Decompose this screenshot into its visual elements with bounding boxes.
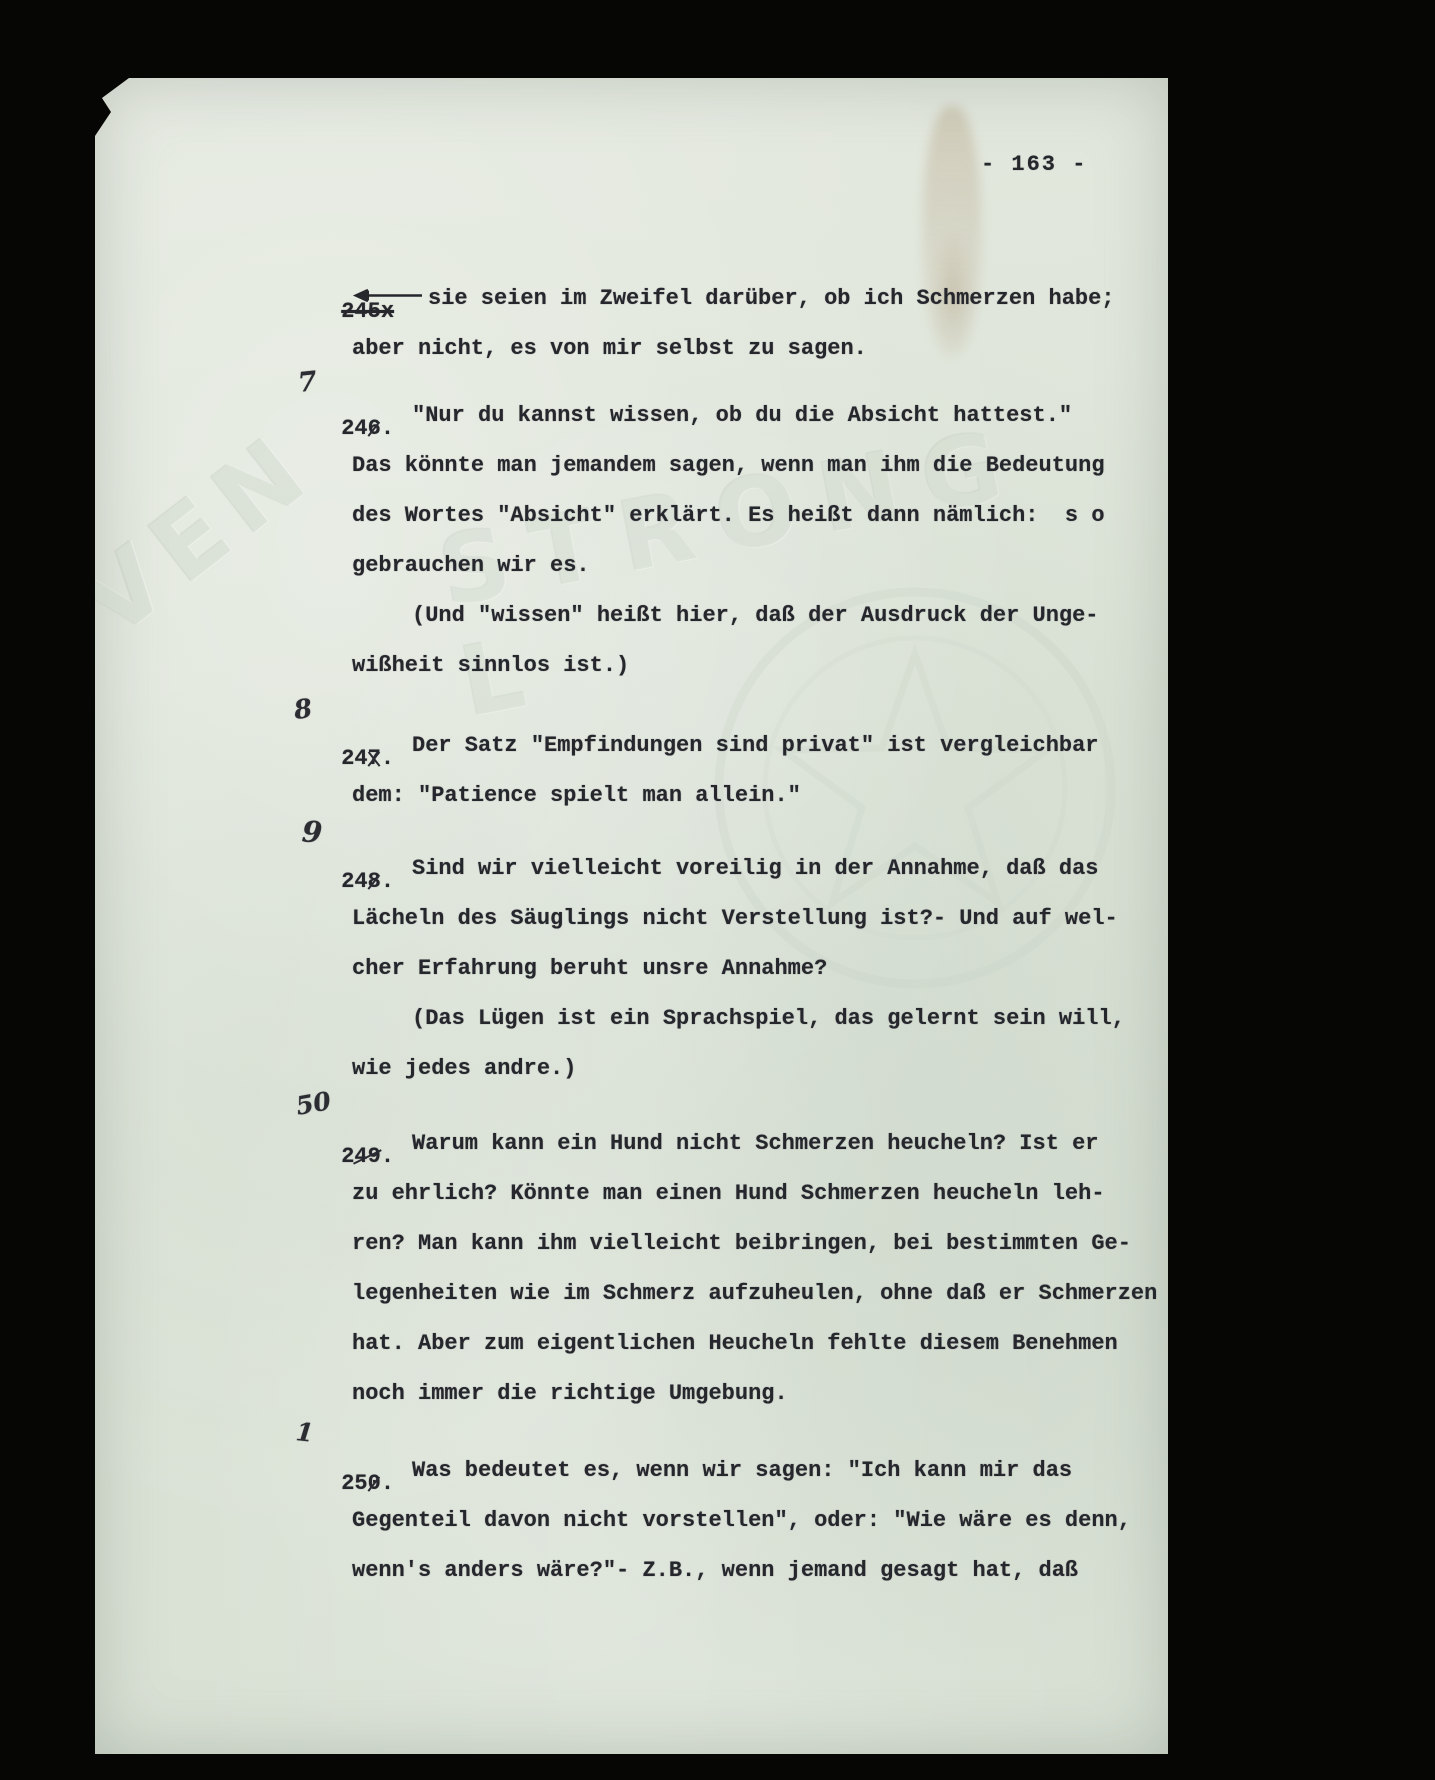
- text-line-content: sie seien im Zweifel darüber, ob ich Sch…: [428, 286, 1115, 311]
- handwritten-correction: 7: [297, 368, 319, 397]
- text-line: legenheiten wie im Schmerz aufzuheulen, …: [352, 1269, 1212, 1319]
- text-line: des Wortes "Absicht" erklärt. Es heißt d…: [352, 491, 1212, 541]
- text-line: Das könnte man jemandem sagen, wenn man …: [352, 441, 1212, 491]
- text-line: gebrauchen wir es.: [352, 541, 1212, 591]
- text-line: Gegenteil davon nicht vorstellen", oder:…: [352, 1496, 1212, 1546]
- text-line: wie jedes andre.): [352, 1044, 1212, 1094]
- text-line: Der Satz "Empfindungen sind privat" ist …: [352, 721, 1212, 771]
- text-line: wißheit sinnlos ist.): [352, 641, 1212, 691]
- handwritten-correction: 50: [294, 1088, 333, 1119]
- handwritten-correction: 8: [292, 696, 314, 724]
- text-line: Was bedeutet es, wenn wir sagen: "Ich ka…: [352, 1446, 1212, 1496]
- text-line: noch immer die richtige Umgebung.: [352, 1369, 1212, 1419]
- text-line: cher Erfahrung beruht unsre Annahme?: [352, 944, 1212, 994]
- page-number: - 163 -: [981, 152, 1087, 177]
- text-line: zu ehrlich? Könnte man einen Hund Schmer…: [352, 1169, 1212, 1219]
- paper-sheet: VEN STRONG L - 163 - 245x sie seien im Z…: [95, 78, 1168, 1754]
- handwritten-correction: 9: [301, 817, 323, 847]
- text-line: Sind wir vielleicht voreilig in der Anna…: [352, 844, 1212, 894]
- text-line: dem: "Patience spielt man allein.": [352, 771, 1212, 821]
- text-line: aber nicht, es von mir selbst zu sagen.: [352, 324, 1212, 374]
- scanned-typescript-photo: { "document": { "type": "typewritten man…: [0, 0, 1435, 1780]
- text-line: "Nur du kannst wissen, ob du die Absicht…: [352, 391, 1212, 441]
- text-line: wenn's anders wäre?"- Z.B., wenn jemand …: [352, 1546, 1212, 1596]
- text-line: hat. Aber zum eigentlichen Heucheln fehl…: [352, 1319, 1212, 1369]
- text-line: Warum kann ein Hund nicht Schmerzen heuc…: [352, 1119, 1212, 1169]
- text-line: (Und "wissen" heißt hier, daß der Ausdru…: [352, 591, 1212, 641]
- insertion-arrow-icon: [352, 288, 422, 302]
- text-line: (Das Lügen ist ein Sprachspiel, das gele…: [352, 994, 1212, 1044]
- text-line: Lächeln des Säuglings nicht Verstellung …: [352, 894, 1212, 944]
- text-line: sie seien im Zweifel darüber, ob ich Sch…: [352, 274, 1212, 324]
- text-line: ren? Man kann ihm vielleicht beibringen,…: [352, 1219, 1212, 1269]
- handwritten-correction: 1: [295, 1419, 315, 1446]
